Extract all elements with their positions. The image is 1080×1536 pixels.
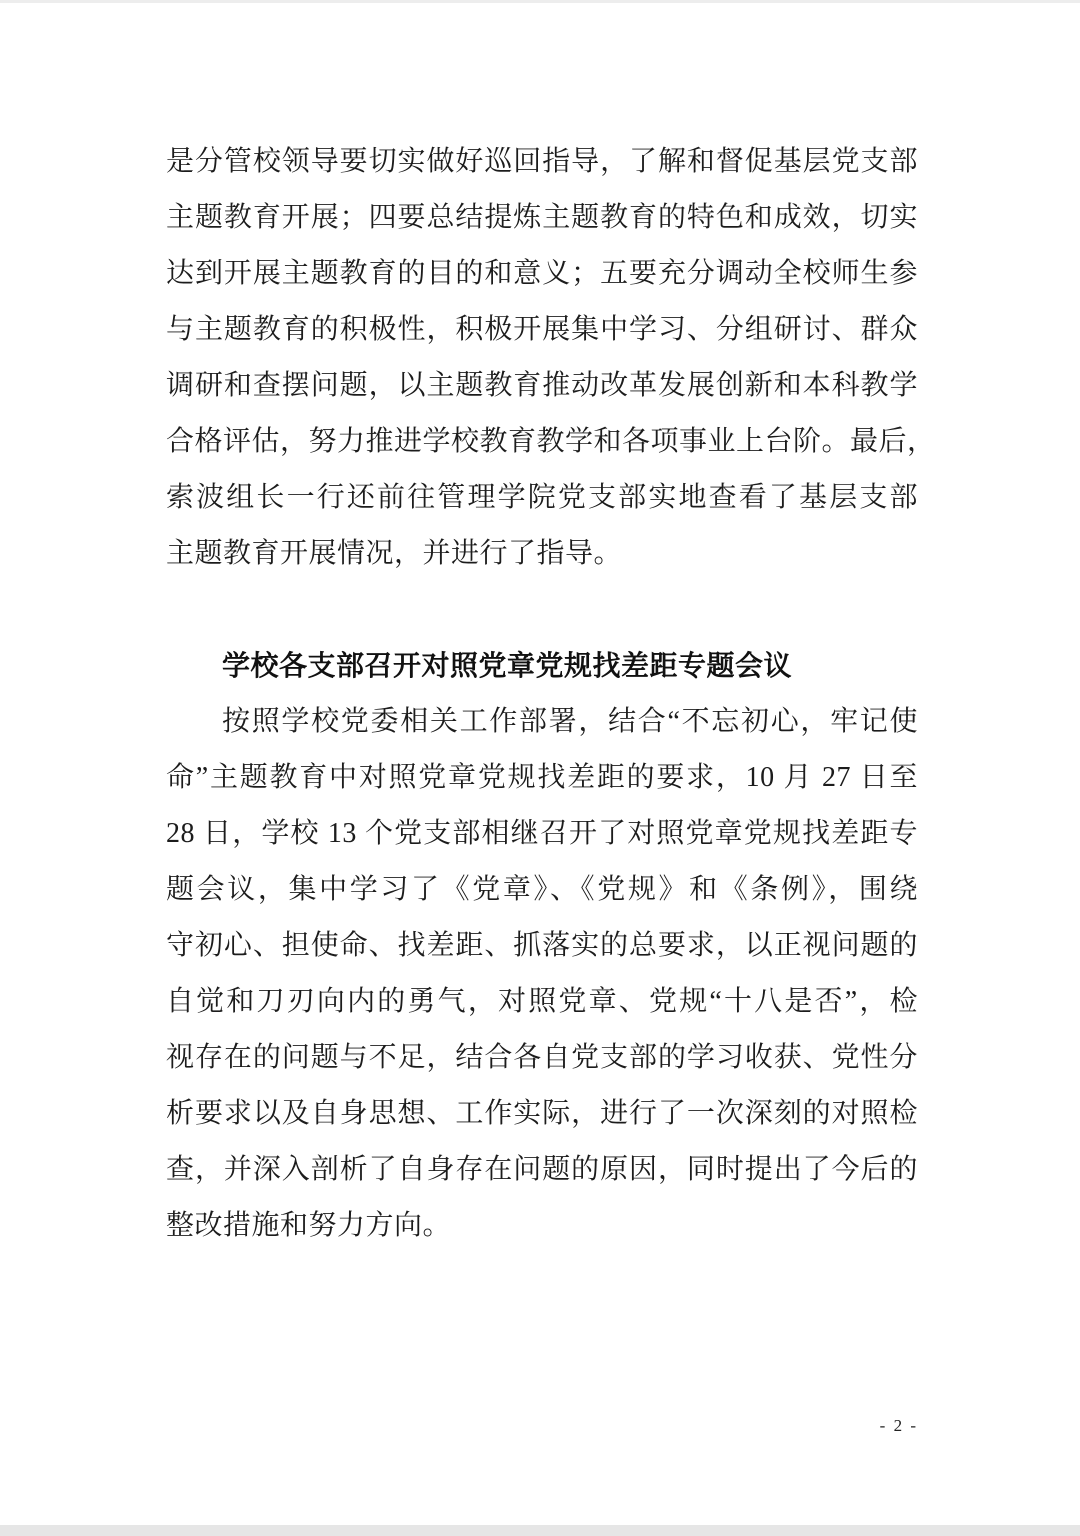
text-line: 析要求以及自身思想、工作实际，进行了一次深刻的对照检 (166, 1086, 918, 1142)
window-top-edge (0, 0, 1080, 3)
text-line: 题会议，集中学习了《党章》、《党规》和《条例》，围绕 (166, 862, 918, 918)
text-line: 自觉和刀刃向内的勇气，对照党章、党规“十八是否”，检 (166, 974, 918, 1030)
page-number: - 2 - (880, 1416, 918, 1436)
text-line: 命”主题教育中对照党章党规找差距的要求，10 月 27 日至 (166, 750, 918, 806)
text-line: 与主题教育的积极性，积极开展集中学习、分组研讨、群众 (166, 302, 918, 358)
text-line: 主题教育开展情况，并进行了指导。 (166, 526, 918, 582)
text-line: 是分管校领导要切实做好巡回指导，了解和督促基层党支部 (166, 134, 918, 190)
text-line: 达到开展主题教育的目的和意义；五要充分调动全校师生参 (166, 246, 918, 302)
text-line: 守初心、担使命、找差距、抓落实的总要求，以正视问题的 (166, 918, 918, 974)
text-line: 查，并深入剖析了自身存在问题的原因，同时提出了今后的 (166, 1142, 918, 1198)
text-line: 主题教育开展；四要总结提炼主题教育的特色和成效，切实 (166, 190, 918, 246)
section-heading: 学校各支部召开对照党章党规找差距专题会议 (222, 650, 792, 681)
paragraph-continued: 是分管校领导要切实做好巡回指导，了解和督促基层党支部主题教育开展；四要总结提炼主… (166, 134, 918, 582)
blank-line (166, 582, 918, 638)
viewer-bottom-bar (0, 1525, 1080, 1536)
text-line: 整改措施和努力方向。 (166, 1198, 918, 1254)
document-page: 是分管校领导要切实做好巡回指导，了解和督促基层党支部主题教育开展；四要总结提炼主… (166, 134, 918, 1254)
paragraph-2: 按照学校党委相关工作部署，结合“不忘初心，牢记使命”主题教育中对照党章党规找差距… (166, 694, 918, 1254)
section-heading-row: 学校各支部召开对照党章党规找差距专题会议 (166, 638, 918, 694)
text-line: 索波组长一行还前往管理学院党支部实地查看了基层支部 (166, 470, 918, 526)
text-line: 按照学校党委相关工作部署，结合“不忘初心，牢记使 (166, 694, 918, 750)
text-line: 调研和查摆问题，以主题教育推动改革发展创新和本科教学 (166, 358, 918, 414)
text-line: 视存在的问题与不足，结合各自党支部的学习收获、党性分 (166, 1030, 918, 1086)
text-line: 28 日，学校 13 个党支部相继召开了对照党章党规找差距专 (166, 806, 918, 862)
text-line: 合格评估，努力推进学校教育教学和各项事业上台阶。最后， (166, 414, 918, 470)
